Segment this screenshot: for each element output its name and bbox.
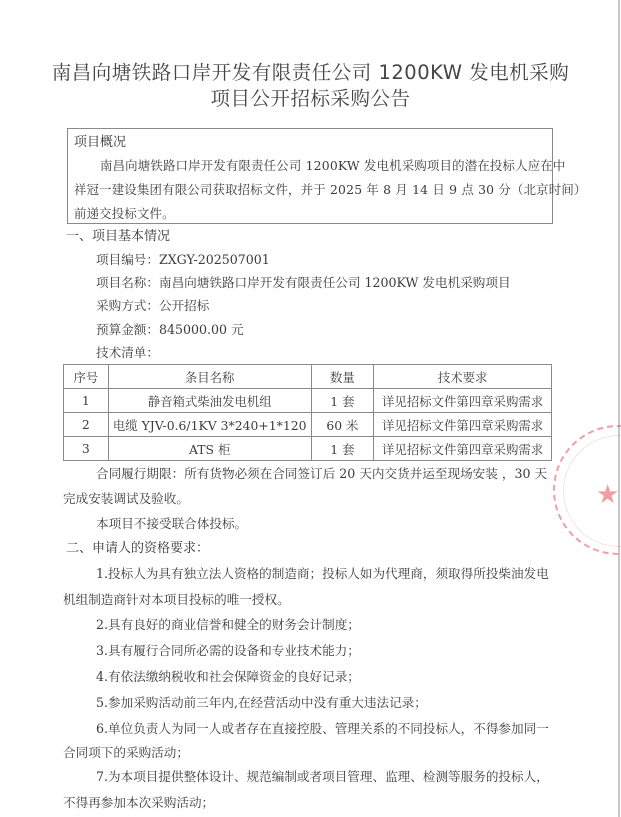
contract-period-line2: 完成安装调试及验收。 (63, 491, 189, 507)
qualification-item-3: 3.具有履行合同所必需的设备和专业技术能力； (96, 643, 360, 659)
qualification-item-7-cont: 不得再参加本次采购活动； (63, 795, 214, 811)
qualification-item-2: 2.具有良好的商业信誉和健全的财务会计制度； (96, 617, 360, 633)
overview-line: 祥冠一建设集团有限公司获取招标文件，并于 2025 年 8 月 14 日 9 点… (74, 178, 546, 202)
table-row: 1 静音箱式柴油发电机组 1 套 详见招标文件第四章采购需求 (64, 389, 552, 413)
qualification-item-5: 5.参加采购活动前三年内,在经营活动中没有重大违法记录； (96, 695, 427, 711)
overview-paragraph: 南昌向塘铁路口岸开发有限责任公司 1200KW 发电机采购项目的潜在投标人应在中… (74, 154, 546, 226)
section2-heading: 二、申请人的资格要求： (66, 541, 209, 557)
overview-line: 前递交投标文件。 (74, 202, 546, 226)
cell-item-name: 电缆 YJV-0.6/1KV 3*240+1*120 (108, 413, 311, 437)
cell-seq: 3 (64, 437, 109, 461)
header-tech-req: 技术要求 (374, 365, 552, 389)
header-seq: 序号 (64, 365, 109, 389)
project-name: 项目名称：南昌向塘铁路口岸开发有限责任公司 1200KW 发电机采购项目 (96, 275, 511, 291)
document-title-line1: 南昌向塘铁路口岸开发有限责任公司 1200KW 发电机采购 (0, 57, 621, 85)
procurement-method: 采购方式：公开招标 (96, 298, 209, 314)
cell-seq: 1 (64, 389, 109, 413)
project-number: 项目编号：ZXGY-202507001 (96, 252, 270, 268)
no-consortium-note: 本项目不接受联合体投标。 (96, 516, 247, 532)
tech-list-table: 序号 条目名称 数量 技术要求 1 静音箱式柴油发电机组 1 套 详见招标文件第… (63, 364, 552, 461)
cell-quantity: 1 套 (311, 437, 374, 461)
cell-seq: 2 (64, 413, 109, 437)
overview-heading: 项目概况 (74, 132, 546, 154)
budget-amount: 预算金额：845000.00 元 (96, 322, 244, 338)
page-edge (618, 0, 620, 817)
qualification-item-1: 1.投标人为具有独立法人资格的制造商；投标人如为代理商，须取得所投柴油发电 (96, 566, 549, 582)
cell-tech-req: 详见招标文件第四章采购需求 (374, 413, 552, 437)
overview-line: 南昌向塘铁路口岸开发有限责任公司 1200KW 发电机采购项目的潜在投标人应在中 (74, 154, 546, 178)
table-header-row: 序号 条目名称 数量 技术要求 (64, 365, 552, 389)
tech-list-label: 技术清单： (96, 345, 159, 361)
qualification-item-1-cont: 机组制造商针对本项目投标的唯一授权。 (63, 592, 290, 608)
cell-quantity: 1 套 (311, 389, 374, 413)
qualification-item-6: 6.单位负责人为同一人或者存在直接控股、管理关系的不同投标人，不得参加同一 (96, 721, 549, 737)
qualification-item-4: 4.有依法缴纳税收和社会保障资金的良好记录； (96, 669, 360, 685)
qualification-item-6-cont: 合同项下的采购活动； (63, 745, 189, 761)
cell-tech-req: 详见招标文件第四章采购需求 (374, 389, 552, 413)
header-item-name: 条目名称 (108, 365, 311, 389)
cell-tech-req: 详见招标文件第四章采购需求 (374, 437, 552, 461)
seal-star-icon: ★ (596, 480, 619, 510)
project-overview-box: 项目概况 南昌向塘铁路口岸开发有限责任公司 1200KW 发电机采购项目的潜在投… (67, 128, 553, 224)
cell-item-name: ATS 柜 (108, 437, 311, 461)
cell-quantity: 60 米 (311, 413, 374, 437)
cell-item-name: 静音箱式柴油发电机组 (108, 389, 311, 413)
table-row: 3 ATS 柜 1 套 详见招标文件第四章采购需求 (64, 437, 552, 461)
section1-heading: 一、项目基本情况 (66, 229, 170, 245)
document-title-line2: 项目公开招标采购公告 (0, 83, 621, 111)
table-row: 2 电缆 YJV-0.6/1KV 3*240+1*120 60 米 详见招标文件… (64, 413, 552, 437)
contract-period-line1: 合同履行期限：所有货物必须在合同签订后 20 天内交货并运至现场安装 ，30 天 (96, 466, 547, 482)
header-quantity: 数量 (311, 365, 374, 389)
qualification-item-7: 7.为本项目提供整体设计、规范编制或者项目管理、监理、检测等服务的投标人， (96, 769, 549, 785)
